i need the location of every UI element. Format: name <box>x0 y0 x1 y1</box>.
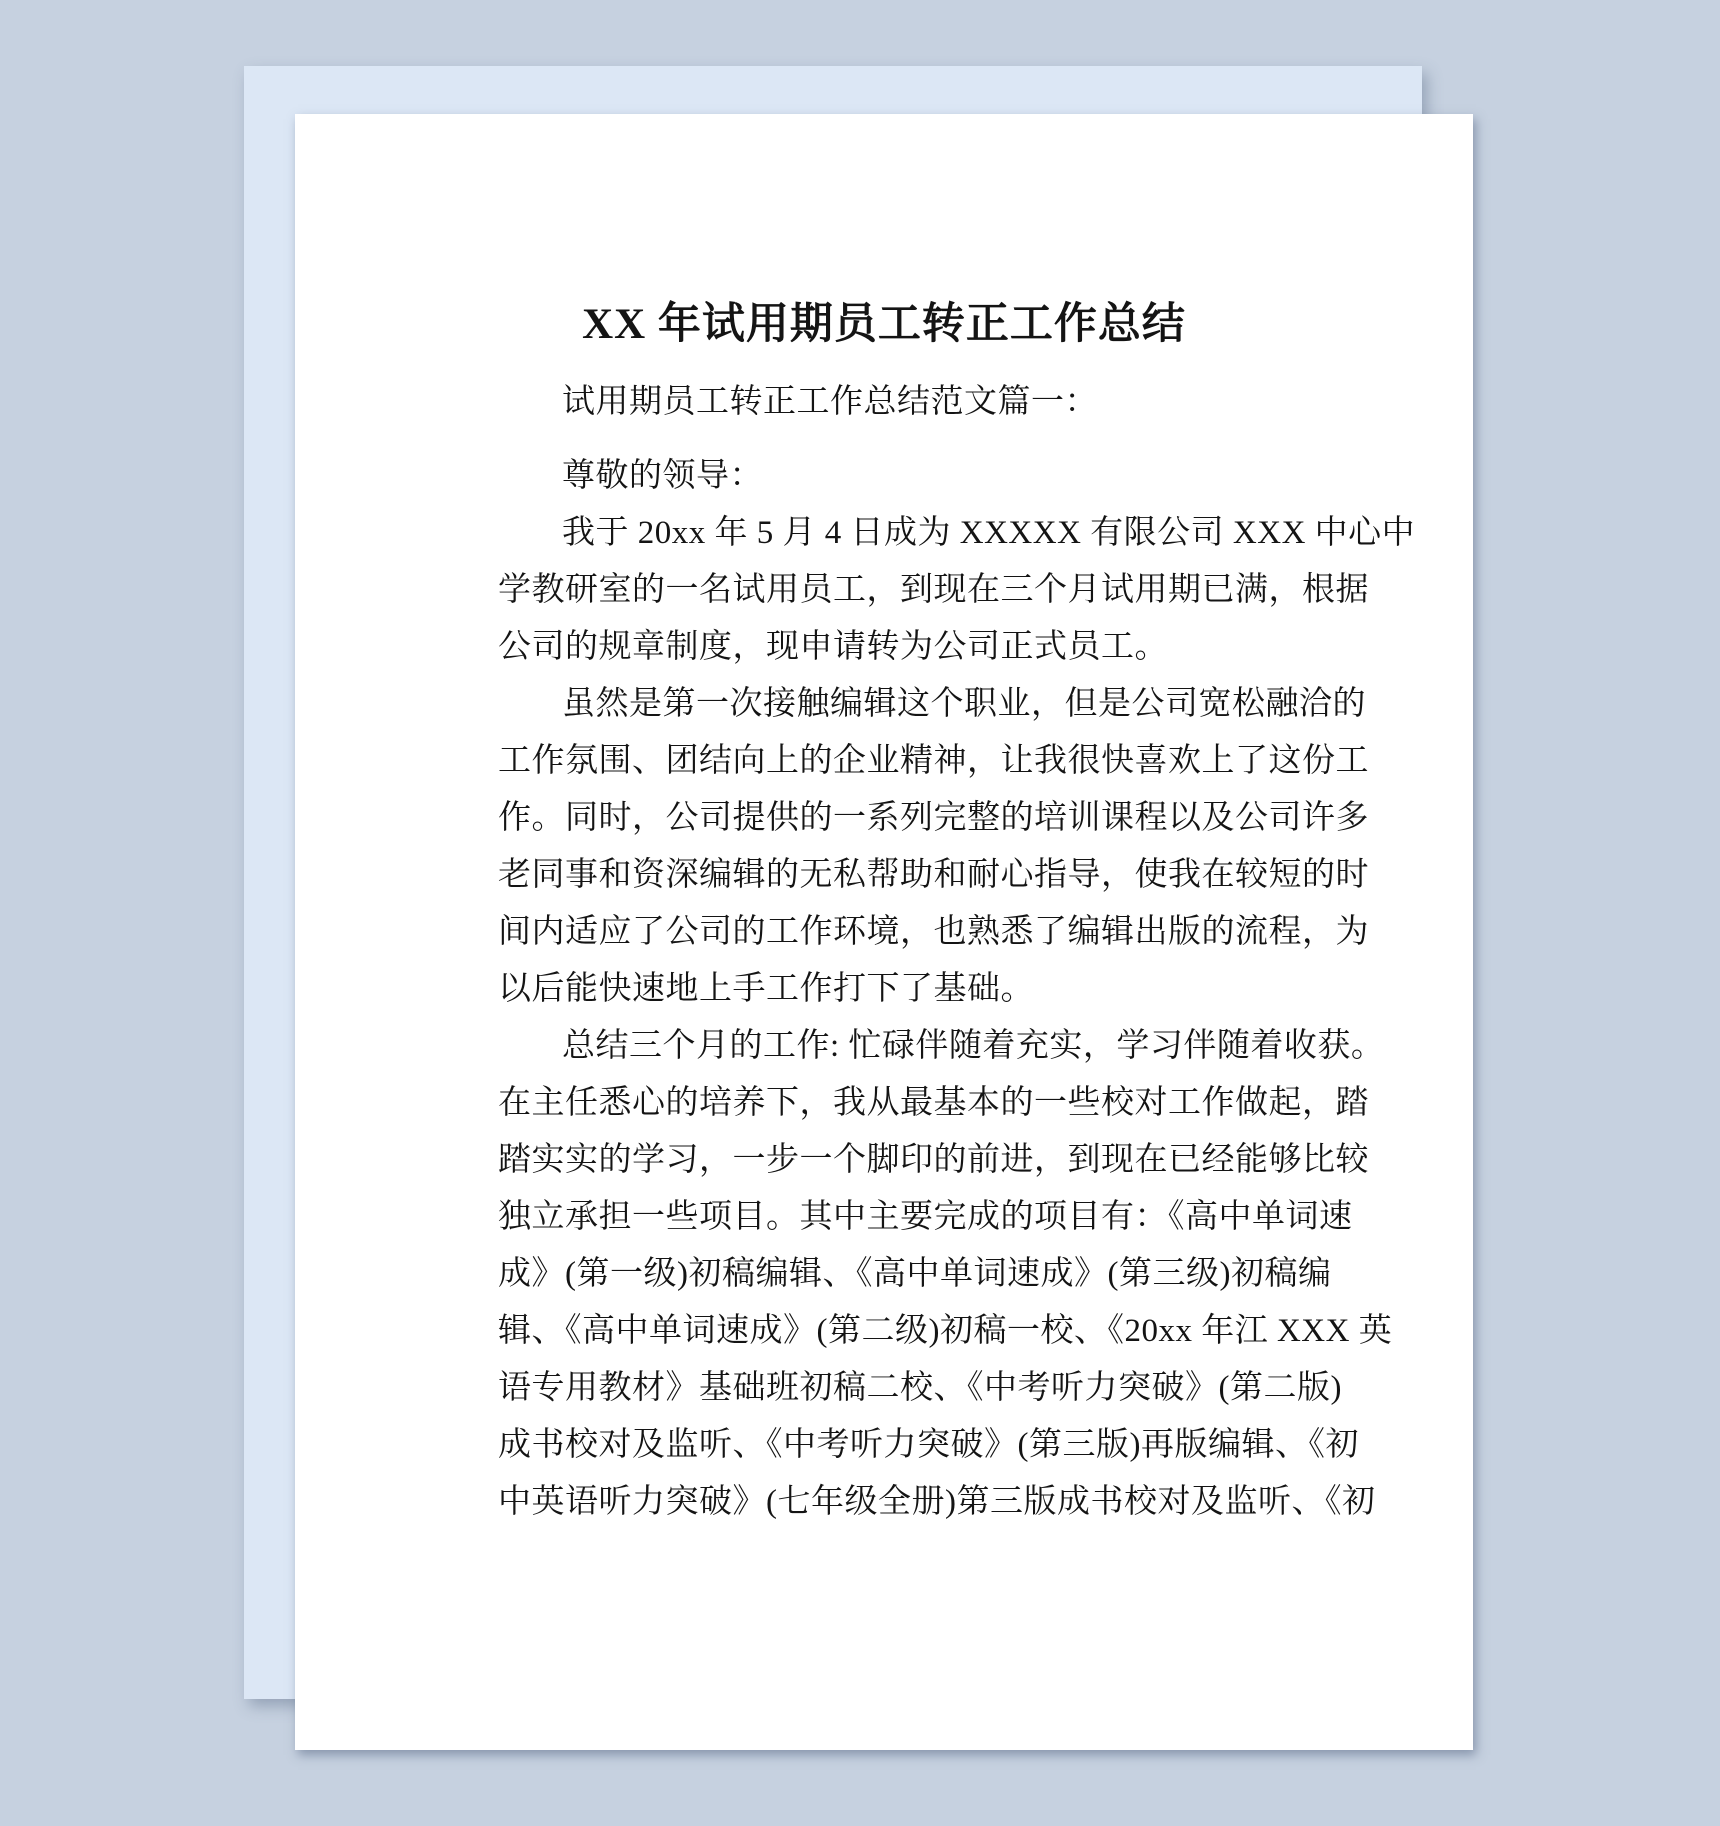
text-line: 间内适应了公司的工作环境，也熟悉了编辑出版的流程，为 <box>498 904 1346 961</box>
text-line: 成》(第一级)初稿编辑、《高中单词速成》(第三级)初稿编 <box>498 1246 1346 1303</box>
document-title: XX 年试用期员工转正工作总结 <box>295 290 1473 351</box>
text-line: 在主任悉心的培养下，我从最基本的一些校对工作做起，踏 <box>498 1075 1346 1132</box>
text-line: 总结三个月的工作: 忙碌伴随着充实，学习伴随着收获。 <box>498 1018 1346 1075</box>
text-line: 作。同时，公司提供的一系列完整的培训课程以及公司许多 <box>498 790 1346 847</box>
text-line: 我于 20xx 年 5 月 4 日成为 XXXXX 有限公司 XXX 中心中 <box>498 505 1346 562</box>
text-line: 成书校对及监听、《中考听力突破》(第三版)再版编辑、《初 <box>498 1417 1346 1474</box>
text-line: 语专用教材》基础班初稿二校、《中考听力突破》(第二版) <box>498 1360 1346 1417</box>
text-line: 工作氛围、团结向上的企业精神，让我很快喜欢上了这份工 <box>498 733 1346 790</box>
text-line: 中英语听力突破》(七年级全册)第三版成书校对及监听、《初 <box>498 1474 1346 1531</box>
text-line: 学教研室的一名试用员工，到现在三个月试用期已满，根据 <box>498 562 1346 619</box>
text-line: 老同事和资深编辑的无私帮助和耐心指导，使我在较短的时 <box>498 847 1346 904</box>
text-line: 踏实实的学习，一步一个脚印的前进，到现在已经能够比较 <box>498 1132 1346 1189</box>
text-line: 独立承担一些项目。其中主要完成的项目有：《高中单词速 <box>498 1189 1346 1246</box>
text-line: 以后能快速地上手工作打下了基础。 <box>498 961 1346 1018</box>
text-line: 虽然是第一次接触编辑这个职业，但是公司宽松融洽的 <box>498 676 1346 733</box>
text-line: 尊敬的领导： <box>498 448 1346 505</box>
desk-background: { "colors": { "desk_background": "#c6d1e… <box>0 0 1720 1826</box>
document-page: XX 年试用期员工转正工作总结 试用期员工转正工作总结范文篇一：尊敬的领导：我于… <box>295 114 1473 1750</box>
text-line: 试用期员工转正工作总结范文篇一： <box>498 374 1346 431</box>
document-body: 试用期员工转正工作总结范文篇一：尊敬的领导：我于 20xx 年 5 月 4 日成… <box>498 374 1346 1531</box>
text-line: 公司的规章制度，现申请转为公司正式员工。 <box>498 619 1346 676</box>
text-line: 辑、《高中单词速成》(第二级)初稿一校、《20xx 年江 XXX 英 <box>498 1303 1346 1360</box>
